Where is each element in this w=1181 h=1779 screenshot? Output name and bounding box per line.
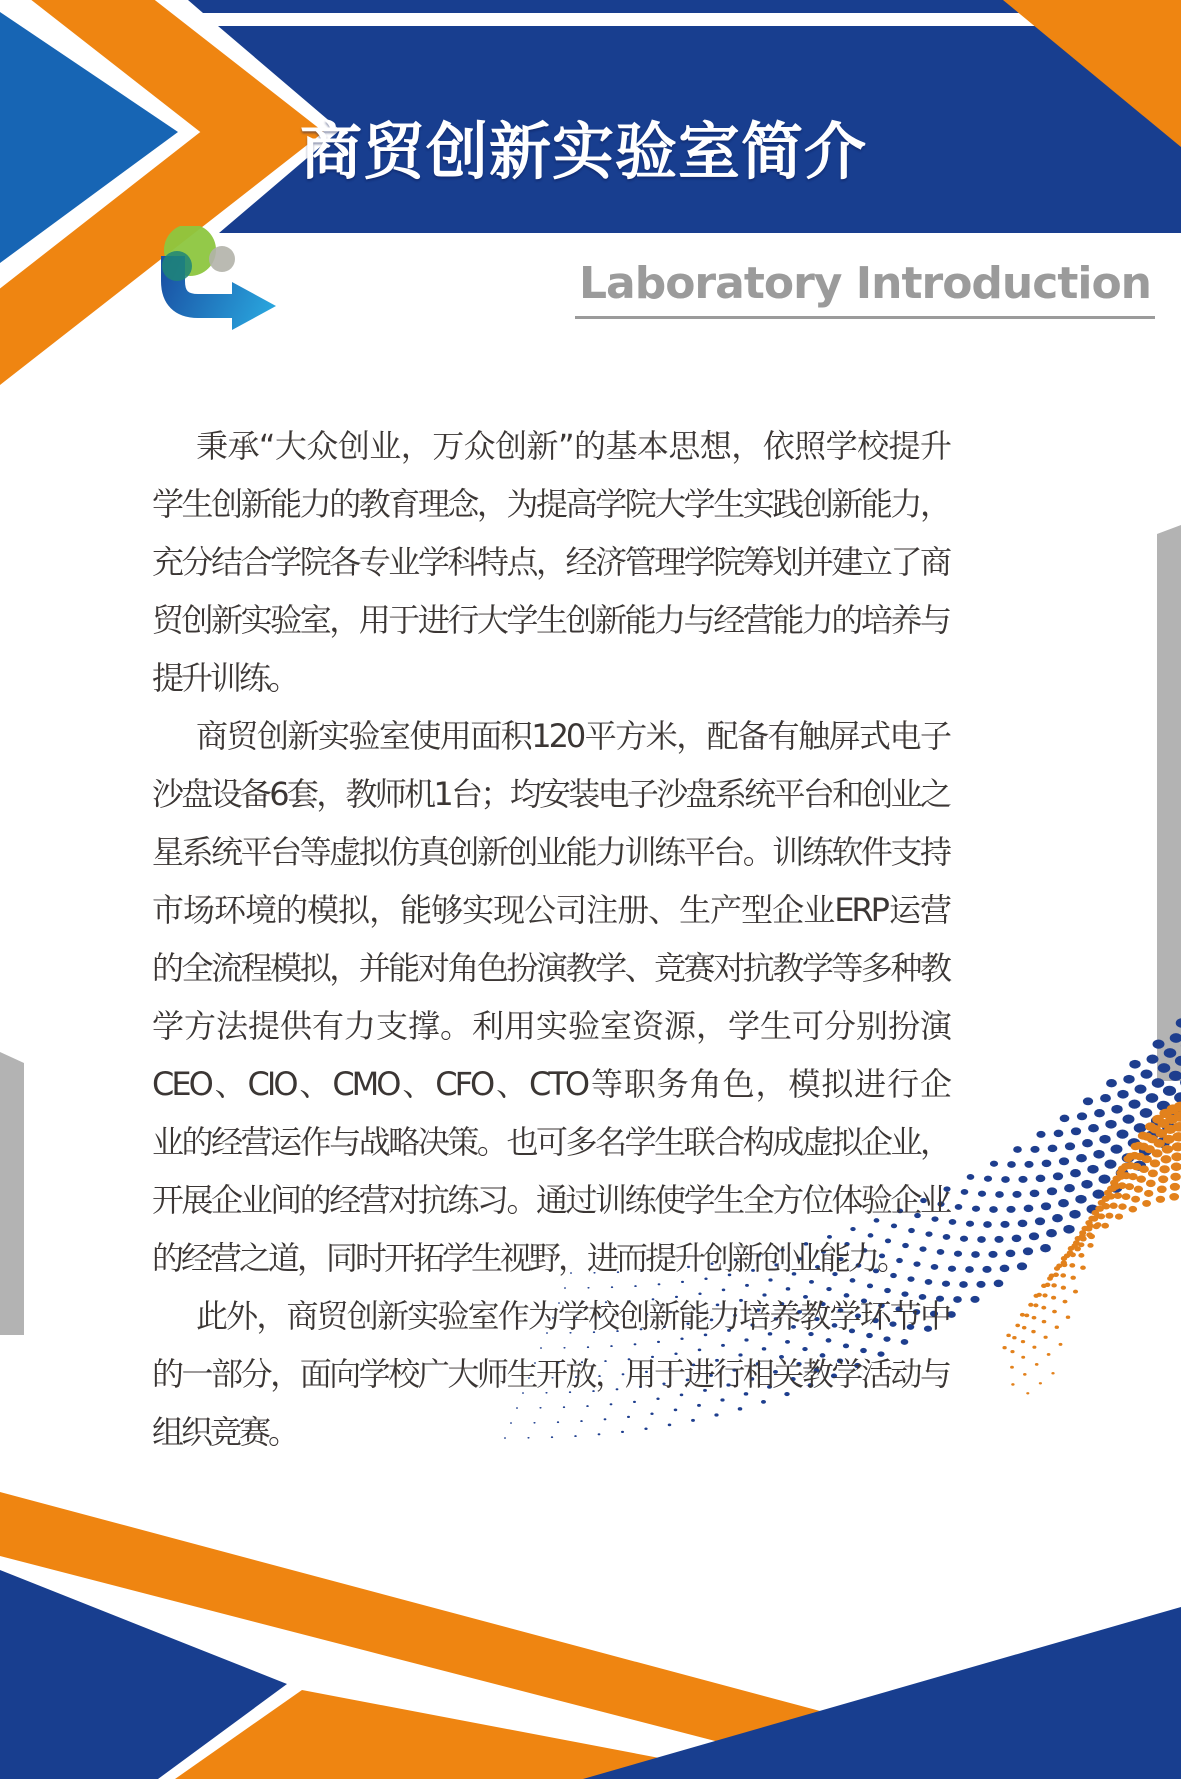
poster-page: 商贸创新实验室简介 Laboratory Introduction 秉承“大众创… [0,0,1181,1779]
body-line: 开展企业间的经营对抗练习。通过训练使学生全方位体验企业 [152,1171,949,1229]
logo-teal-overlap [162,251,192,281]
logo-gray-dot [209,246,235,272]
subtitle-text: Laboratory Introduction [575,258,1155,319]
right-gray-bar [1157,525,1181,1081]
page-title: 商贸创新实验室简介 [300,112,860,192]
body-line: 的一部分，面向学校广大师生开放，用于进行相关教学活动与 [152,1345,949,1403]
subtitle: Laboratory Introduction [575,258,1155,319]
body-line: 贸创新实验室，用于进行大学生创新能力与经营能力的培养与 [152,591,949,649]
left-gray-bar [0,1052,24,1335]
body-line: 学方法提供有力支撑。利用实验室资源，学生可分别扮演 [152,997,949,1055]
body-line: CEO、CIO、CMO、CFO、CTO等职务角色，模拟进行企 [152,1055,949,1113]
body-line: 业的经营运作与战略决策。也可多名学生联合构成虚拟企业， [152,1113,949,1171]
body-line: 商贸创新实验室使用面积120平方米，配备有触屏式电子 [152,707,949,765]
logo-arrow-head [232,282,276,330]
body-line: 市场环境的模拟，能够实现公司注册、生产型企业ERP运营 [152,881,949,939]
body-line: 此外，商贸创新实验室作为学校创新能力培养教学环节中 [152,1287,949,1345]
body-line: 提升训练。 [152,649,949,707]
body-text: 秉承“大众创业，万众创新”的基本思想，依照学校提升 学生创新能力的教育理念，为提… [152,417,949,1461]
arrow-logo-icon [146,226,296,356]
body-line: 的全流程模拟，并能对角色扮演教学、竞赛对抗教学等多种教 [152,939,949,997]
body-line: 秉承“大众创业，万众创新”的基本思想，依照学校提升 [152,417,949,475]
body-line: 的经营之道，同时开拓学生视野，进而提升创新创业能力。 [152,1229,949,1287]
body-line: 星系统平台等虚拟仿真创新创业能力训练平台。训练软件支持 [152,823,949,881]
body-line: 沙盘设备6套，教师机1台；均安装电子沙盘系统平台和创业之 [152,765,949,823]
body-line: 充分结合学院各专业学科特点，经济管理学院筹划并建立了商 [152,533,949,591]
body-line: 组织竞赛。 [152,1403,949,1461]
body-line: 学生创新能力的教育理念，为提高学院大学生实践创新能力， [152,475,949,533]
